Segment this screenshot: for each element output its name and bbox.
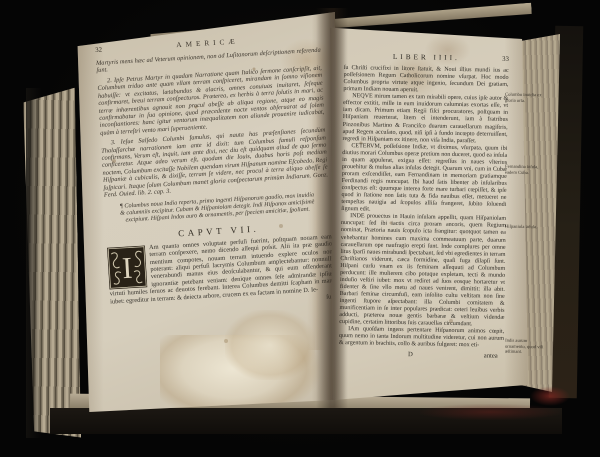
gutter-shadow xyxy=(316,8,348,408)
right-page-header: LIBER IIII. 33 xyxy=(344,52,509,63)
woodcut-initial: I xyxy=(107,245,147,289)
marginal-note: Indis aurum ornamento, quod vili æſtiman… xyxy=(505,338,545,355)
left-page: 32 AMERICÆ Martyris mens hæc ad Veterum … xyxy=(75,10,335,412)
paragraph: 2. Ipſe Petrus Martyr in quadam Narratio… xyxy=(97,64,325,137)
marginal-note: Fernandina inſula, eadem Cuba. xyxy=(505,164,545,176)
board-maroon-corner xyxy=(530,386,570,406)
initial-letter: I xyxy=(121,250,133,285)
paragraph: INDE prouectus in Hauin inſulam appellit… xyxy=(339,213,506,329)
foxing-spots xyxy=(75,10,77,12)
marginal-note: Hiſpaniola inſula. xyxy=(505,224,545,230)
paragraph: 3. Ieſue Salſedo Columbi famulus, qui na… xyxy=(101,127,329,200)
right-page-text-block: LIBER IIII. 33 ſu Chriſti crucifixi in l… xyxy=(339,52,509,359)
photo-background: 32 AMERICÆ Martyris mens hæc ad Veterum … xyxy=(0,0,600,457)
board-maroon-edge-bottom xyxy=(420,404,560,420)
paragraph: CETERVM, poſſeſsione Indiæ, vt diximus, … xyxy=(341,143,507,216)
right-catchword: antea xyxy=(484,352,498,359)
paragraph: ſu Chriſti crucifixi in litore ſtatuit, … xyxy=(343,65,508,96)
right-page-number: 33 xyxy=(483,55,509,62)
paragraph: IAm quoſdam ingens pertentare Hiſpanorum… xyxy=(339,326,504,350)
left-page-number: 32 xyxy=(95,45,125,54)
right-page: LIBER IIII. 33 ſu Chriſti crucifixi in l… xyxy=(330,22,528,400)
water-stain xyxy=(225,310,315,380)
signature-mark: D xyxy=(408,351,413,358)
marginal-note: Columbo inuidia ex gloria orta. xyxy=(505,92,545,104)
left-page-text-block: 32 AMERICÆ Martyris mens hæc ad Veterum … xyxy=(95,33,336,314)
chapter-argument: ¶ Columbus noua India reperta, primo ing… xyxy=(118,192,316,226)
page-edge-shade-left xyxy=(26,88,78,438)
right-running-title: LIBER IIII. xyxy=(370,52,483,62)
paragraph: NEQVE mirum tamen ex tam mirabili opere,… xyxy=(342,93,508,145)
signature-line: D antea xyxy=(339,349,504,359)
